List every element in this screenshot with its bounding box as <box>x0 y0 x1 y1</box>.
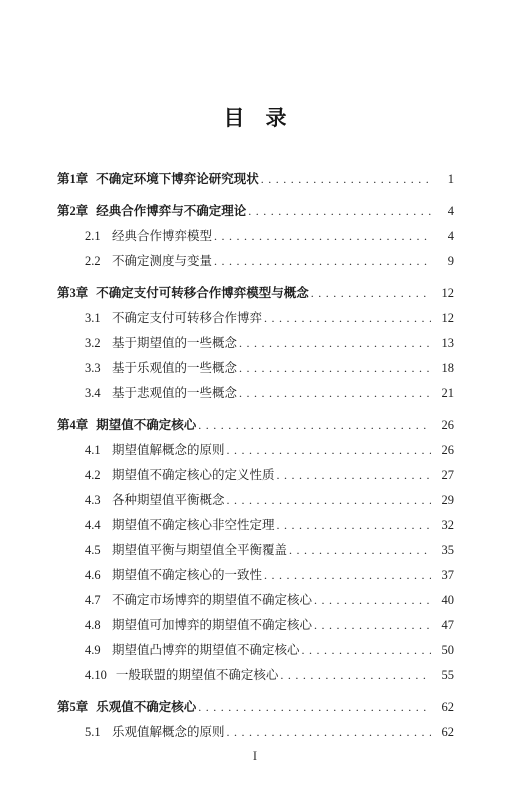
toc-entry[interactable]: 4.4 期望值不确定核心非空性定理 32 <box>57 513 454 538</box>
toc-dot-leader <box>277 463 431 488</box>
toc-entry-title: 不确定支付可转移合作博弈模型与概念 <box>96 281 309 306</box>
toc-entry-page-number: 21 <box>438 381 454 406</box>
toc-entry-number: 4.2 <box>85 463 103 488</box>
toc-entry-page-number: 26 <box>438 438 454 463</box>
toc-entry-title: 期望值可加博弈的期望值不确定核心 <box>112 613 312 638</box>
toc-entry-title: 乐观值不确定核心 <box>96 695 196 720</box>
toc-entry-page-number: 55 <box>438 663 454 688</box>
toc-entry-number: 4.1 <box>85 438 103 463</box>
toc-entry-number: 5.1 <box>85 720 103 745</box>
toc-entry[interactable]: 第1章 不确定环境下博弈论研究现状 1 <box>57 167 454 192</box>
toc-entry[interactable]: 3.4 基于悲观值的一些概念 21 <box>57 381 454 406</box>
toc-entry[interactable]: 4.10 一般联盟的期望值不确定核心 55 <box>57 663 454 688</box>
toc-entry-page-number: 47 <box>438 613 454 638</box>
toc-dot-leader <box>239 356 431 381</box>
toc-entry-page-number: 9 <box>438 249 454 274</box>
toc-entry[interactable]: 5.1 乐观值解概念的原则 62 <box>57 720 454 745</box>
toc-dot-leader <box>314 588 431 613</box>
toc-list: 第1章 不确定环境下博弈论研究现状 1 第2章 经典合作博弈与不确定理论 4 2… <box>57 160 454 745</box>
toc-entry-title: 期望值不确定核心 <box>96 413 196 438</box>
toc-entry-number: 4.9 <box>85 638 103 663</box>
toc-entry-title: 期望值平衡与期望值全平衡覆盖 <box>112 538 287 563</box>
toc-entry[interactable]: 3.2 基于期望值的一些概念 13 <box>57 331 454 356</box>
toc-entry-page-number: 62 <box>438 695 454 720</box>
toc-entry-number: 第5章 <box>57 695 88 720</box>
toc-entry-number: 4.4 <box>85 513 103 538</box>
toc-dot-leader <box>198 695 431 720</box>
toc-dot-leader <box>214 249 431 274</box>
toc-entry[interactable]: 第5章 乐观值不确定核心 62 <box>57 695 454 720</box>
toc-entry[interactable]: 4.3 各种期望值平衡概念 29 <box>57 488 454 513</box>
toc-entry-number: 2.2 <box>85 249 103 274</box>
toc-entry-page-number: 35 <box>438 538 454 563</box>
toc-dot-leader <box>227 488 431 513</box>
toc-entry[interactable]: 4.1 期望值解概念的原则 26 <box>57 438 454 463</box>
toc-entry[interactable]: 4.8 期望值可加博弈的期望值不确定核心 47 <box>57 613 454 638</box>
toc-entry[interactable]: 4.2 期望值不确定核心的定义性质 27 <box>57 463 454 488</box>
toc-entry-number: 第2章 <box>57 199 88 224</box>
toc-dot-leader <box>314 613 431 638</box>
toc-dot-leader <box>227 720 431 745</box>
toc-entry-number: 4.10 <box>85 663 107 688</box>
toc-entry-number: 第4章 <box>57 413 88 438</box>
toc-entry-title: 一般联盟的期望值不确定核心 <box>116 663 279 688</box>
page-title: 目 录 <box>0 102 510 132</box>
toc-entry-page-number: 13 <box>438 331 454 356</box>
toc-entry-page-number: 4 <box>438 224 454 249</box>
toc-entry-page-number: 50 <box>438 638 454 663</box>
toc-entry-title: 期望值不确定核心的定义性质 <box>112 463 275 488</box>
toc-entry[interactable]: 第2章 经典合作博弈与不确定理论 4 <box>57 199 454 224</box>
toc-entry-number: 3.2 <box>85 331 103 356</box>
toc-entry-number: 3.1 <box>85 306 103 331</box>
toc-entry-page-number: 12 <box>438 281 454 306</box>
toc-entry-title: 不确定市场博弈的期望值不确定核心 <box>112 588 312 613</box>
toc-entry[interactable]: 3.1 不确定支付可转移合作博弈 12 <box>57 306 454 331</box>
toc-entry-number: 3.4 <box>85 381 103 406</box>
toc-entry-number: 4.3 <box>85 488 103 513</box>
toc-entry-title: 不确定环境下博弈论研究现状 <box>96 167 259 192</box>
toc-entry-title: 期望值解概念的原则 <box>112 438 225 463</box>
toc-entry-title: 乐观值解概念的原则 <box>112 720 225 745</box>
toc-entry-title: 期望值不确定核心非空性定理 <box>112 513 275 538</box>
toc-entry-title: 各种期望值平衡概念 <box>112 488 225 513</box>
toc-entry-page-number: 18 <box>438 356 454 381</box>
toc-entry-title: 经典合作博弈与不确定理论 <box>96 199 246 224</box>
toc-entry[interactable]: 4.9 期望值凸博弈的期望值不确定核心 50 <box>57 638 454 663</box>
toc-entry-page-number: 4 <box>438 199 454 224</box>
document-page: 目 录 第1章 不确定环境下博弈论研究现状 1 第2章 经典合作博弈与不确定理论… <box>0 0 510 800</box>
toc-dot-leader <box>264 563 431 588</box>
toc-dot-leader <box>239 331 431 356</box>
toc-entry-title: 基于期望值的一些概念 <box>112 331 237 356</box>
toc-entry-number: 第3章 <box>57 281 88 306</box>
page-number-footer: I <box>0 749 510 764</box>
toc-entry-title: 期望值不确定核心的一致性 <box>112 563 262 588</box>
toc-entry-page-number: 29 <box>438 488 454 513</box>
toc-entry[interactable]: 4.6 期望值不确定核心的一致性 37 <box>57 563 454 588</box>
toc-dot-leader <box>239 381 431 406</box>
toc-dot-leader <box>198 413 431 438</box>
toc-entry-page-number: 26 <box>438 413 454 438</box>
toc-dot-leader <box>264 306 431 331</box>
toc-entry-page-number: 37 <box>438 563 454 588</box>
toc-entry[interactable]: 第3章 不确定支付可转移合作博弈模型与概念 12 <box>57 281 454 306</box>
toc-dot-leader <box>261 167 431 192</box>
toc-entry-title: 不确定支付可转移合作博弈 <box>112 306 262 331</box>
toc-entry-page-number: 12 <box>438 306 454 331</box>
toc-entry-number: 4.5 <box>85 538 103 563</box>
toc-entry-number: 4.7 <box>85 588 103 613</box>
toc-entry-number: 第1章 <box>57 167 88 192</box>
toc-entry-title: 期望值凸博弈的期望值不确定核心 <box>112 638 300 663</box>
toc-dot-leader <box>302 638 431 663</box>
toc-entry-page-number: 62 <box>438 720 454 745</box>
toc-dot-leader <box>214 224 431 249</box>
toc-dot-leader <box>248 199 431 224</box>
toc-entry[interactable]: 3.3 基于乐观值的一些概念 18 <box>57 356 454 381</box>
toc-entry[interactable]: 4.7 不确定市场博弈的期望值不确定核心 40 <box>57 588 454 613</box>
toc-entry-page-number: 27 <box>438 463 454 488</box>
toc-entry-page-number: 40 <box>438 588 454 613</box>
toc-entry-title: 经典合作博弈模型 <box>112 224 212 249</box>
toc-dot-leader <box>311 281 431 306</box>
toc-entry[interactable]: 2.2 不确定测度与变量 9 <box>57 249 454 274</box>
toc-entry-page-number: 1 <box>438 167 454 192</box>
toc-entry[interactable]: 4.5 期望值平衡与期望值全平衡覆盖 35 <box>57 538 454 563</box>
toc-entry[interactable]: 第4章 期望值不确定核心 26 <box>57 413 454 438</box>
toc-entry-page-number: 32 <box>438 513 454 538</box>
toc-entry-number: 4.6 <box>85 563 103 588</box>
toc-entry-number: 3.3 <box>85 356 103 381</box>
toc-dot-leader <box>289 538 431 563</box>
toc-dot-leader <box>280 663 431 688</box>
toc-entry[interactable]: 2.1 经典合作博弈模型 4 <box>57 224 454 249</box>
toc-dot-leader <box>227 438 431 463</box>
toc-entry-number: 2.1 <box>85 224 103 249</box>
toc-entry-title: 基于乐观值的一些概念 <box>112 356 237 381</box>
toc-entry-title: 基于悲观值的一些概念 <box>112 381 237 406</box>
toc-dot-leader <box>277 513 431 538</box>
toc-entry-number: 4.8 <box>85 613 103 638</box>
toc-entry-title: 不确定测度与变量 <box>112 249 212 274</box>
